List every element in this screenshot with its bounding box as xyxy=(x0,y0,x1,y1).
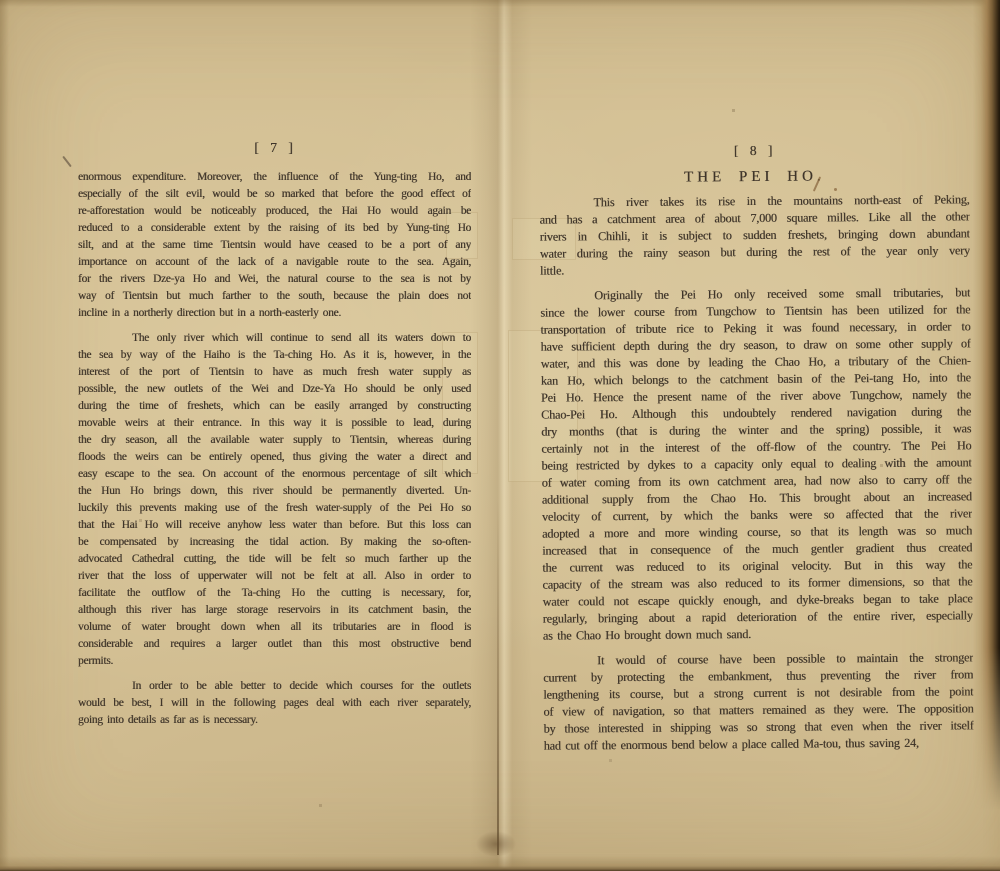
text-line: considerable and requires a larger outle… xyxy=(78,636,471,653)
text-line: that the Hai Ho will receive anyhow less… xyxy=(78,517,471,534)
paragraph: enormous expenditure. Moreover, the infl… xyxy=(78,169,471,322)
paragraph: It would of course have been possible to… xyxy=(543,649,974,754)
gutter-crease xyxy=(497,500,499,855)
left-edge-shadow xyxy=(0,0,9,871)
text-line: floods the weirs can be entirely opened,… xyxy=(78,449,471,466)
text-line: advocated Cathedral cutting, the tide wi… xyxy=(78,551,471,568)
text-line: In order to be able better to decide whi… xyxy=(78,678,471,695)
text-line: way of Tientsin but much farther to the … xyxy=(78,288,471,305)
text-line: little. xyxy=(540,259,970,279)
text-line: going into details as far as is necessar… xyxy=(78,712,471,729)
text-line: The only river which will continue to se… xyxy=(78,330,471,347)
text-line: facilitate the outflow of the Ta-ching H… xyxy=(78,585,471,602)
bottom-edge-shadow xyxy=(0,856,1000,871)
text-line: reduced to a considerable extent by the … xyxy=(78,220,471,237)
text-line: interest of the port of Tientsin to have… xyxy=(78,364,471,381)
text-line: water during the rainy season but during… xyxy=(540,242,970,262)
text-line: be compensated by increasing the tidal a… xyxy=(78,534,471,551)
text-line: luckily this prevents making use of the … xyxy=(78,500,471,517)
book-scan: [ 7 ] enormous expenditure. Moreover, th… xyxy=(0,0,1000,871)
pencil-dot-mark xyxy=(834,188,837,191)
page-number: [ 7 ] xyxy=(78,140,471,156)
paragraph: The only river which will continue to se… xyxy=(78,330,471,670)
text-line: the Hun Ho brings down, this river shoul… xyxy=(78,483,471,500)
pencil-tick-mark xyxy=(62,156,72,167)
top-edge-shadow xyxy=(0,0,1000,7)
text-line: importance on account of the lack of a n… xyxy=(78,254,471,271)
text-line: movable weirs at their entrance. In this… xyxy=(78,415,471,432)
text-line: river that the loss of upperwater will n… xyxy=(78,568,471,585)
page-8-text: This river takes its rise in the mountai… xyxy=(539,191,973,754)
page-7-text: enormous expenditure. Moreover, the infl… xyxy=(78,169,471,729)
text-line: incline in a northerly direction but in … xyxy=(78,305,471,322)
text-line: permits. xyxy=(78,653,471,670)
text-line: easy escape to the sea. On account of th… xyxy=(78,466,471,483)
paragraph: Originally the Pei Ho only received some… xyxy=(540,284,973,644)
page-number: [ 8 ] xyxy=(539,141,969,160)
paragraph: In order to be able better to decide whi… xyxy=(78,678,471,729)
text-line: possible, the new outlets of the Wei and… xyxy=(78,381,471,398)
text-line: as the Chao Ho brought down much sand. xyxy=(543,624,973,644)
text-line: for the rivers Dze-ya Ho and Wei, the na… xyxy=(78,271,471,288)
text-line: especially of the silt evil, would be so… xyxy=(78,186,471,203)
text-line: enormous expenditure. Moreover, the infl… xyxy=(78,169,471,186)
text-line: would be best, I will in the following p… xyxy=(78,695,471,712)
right-page-edges xyxy=(973,0,1000,810)
text-line: during the time of freshets, which can b… xyxy=(78,398,471,415)
text-line: the sea by way of the Haiho is the Ta-ch… xyxy=(78,347,471,364)
text-line: the dry season, all the available water … xyxy=(78,432,471,449)
page-8: [ 8 ] THE PEI HO. This river takes its r… xyxy=(539,141,974,754)
paragraph: This river takes its rise in the mountai… xyxy=(539,191,970,279)
text-line: re-afforestation would be noticeably pro… xyxy=(78,203,471,220)
text-line: volume of water brought down when all it… xyxy=(78,619,471,636)
chapter-heading: THE PEI HO. xyxy=(539,167,969,187)
text-line: had cut off the enormous bend below a pl… xyxy=(544,734,974,754)
page-7: [ 7 ] enormous expenditure. Moreover, th… xyxy=(78,140,471,729)
text-line: silt, and at the same time Tientsin woul… xyxy=(78,237,471,254)
text-line: although this river has large storage re… xyxy=(78,602,471,619)
text-line: regularly, bringing about a rapid deteri… xyxy=(543,607,973,627)
